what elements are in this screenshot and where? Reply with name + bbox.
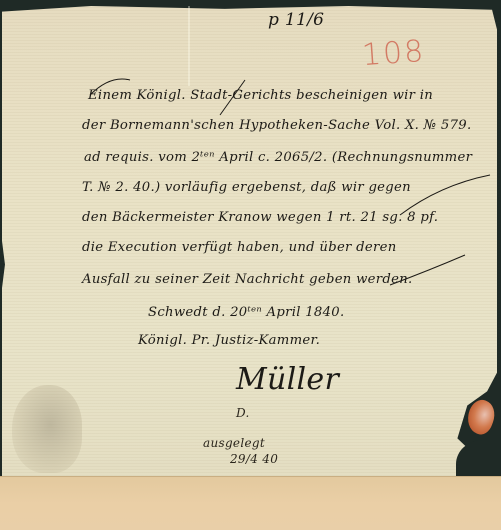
marginal-date: 29/4 40 [230,452,278,466]
body-line-6: die Execution verfügt haben, und über de… [82,240,397,255]
body-line-4: T. № 2. 40.) vorläufig ergebenst, daß wi… [82,180,411,195]
issuing-authority: Königl. Pr. Justiz-Kammer. [138,333,320,348]
body-line-2: der Bornemann'schen Hypotheken-Sache Vol… [82,118,472,133]
marginal-initial: D. [236,406,250,420]
body-line-3: ad requis. vom 2ᵗᵉⁿ April c. 2065/2. (Re… [84,150,472,165]
fold-crease [188,6,190,86]
marginal-note: ausgelegt [203,436,265,450]
body-line-7: Ausfall zu seiner Zeit Nachricht geben w… [82,272,413,287]
water-stain [12,385,82,473]
archive-number: 108 [361,34,427,73]
folio-mark: p 11/6 [268,10,324,30]
signature: Müller [236,362,339,397]
body-line-1: Einem Königl. Stadt-Gerichts bescheinige… [88,88,433,103]
place-date: Schwedt d. 20ᵗᵉⁿ April 1840. [148,305,345,320]
underlying-sheet [0,476,501,530]
body-line-5: den Bäckermeister Kranow wegen 1 rt. 21 … [82,210,438,225]
